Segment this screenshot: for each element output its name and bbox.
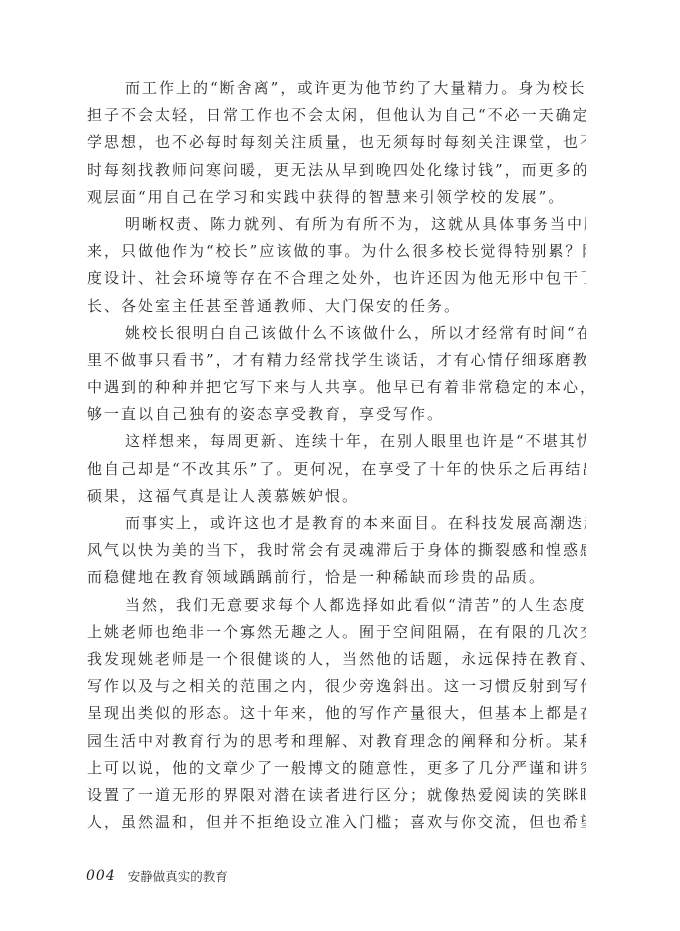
text-line: 呈现出类似的形态。这十年来，他的写作产量很大，但基本上都是在呈现校 — [87, 700, 586, 727]
text-line: 上可以说，他的文章少了一般博文的随意性，更多了几分严谨和讲究，似乎 — [87, 755, 586, 782]
text-line: 园生活中对教育行为的思考和理解、对教育理念的阐释和分析。某种程度 — [87, 728, 586, 755]
text-line: 设置了一道无形的界限对潜在读者进行区分；就像热爱阅读的笑眯眯的北欧 — [87, 782, 586, 809]
text-line: 这样想来，每周更新、连续十年，在别人眼里也许是“不堪其忧”，而 — [87, 428, 586, 455]
text-line: 学思想，也不必每时每刻关注质量，也无须每时每刻关注课堂，也不可能每 — [87, 129, 586, 156]
text-line: 他自己却是“不改其乐”了。更何况，在享受了十年的快乐之后再结出几颗 — [87, 456, 586, 483]
text-line: 风气以快为美的当下，我时常会有灵魂滞后于身体的撕裂感和惶惑感。冷静 — [87, 537, 586, 564]
text-line: 够一直以自己独有的姿态享受教育，享受写作。 — [87, 401, 586, 428]
text-line: 上姚老师也绝非一个寡然无趣之人。囿于空间阻隔，在有限的几次交往中， — [87, 619, 586, 646]
text-line: 时每刻找教师问寒问暖，更无法从早到晚四处化缘讨钱”，而更多的是在宏 — [87, 157, 586, 184]
paragraph-4: 这样想来，每周更新、连续十年，在别人眼里也许是“不堪其忧”，而 他自己却是“不改… — [87, 428, 586, 510]
book-page: 而工作上的“断舍离”，或许更为他节约了大量精力。身为校长，肩上 担子不会太轻，日… — [0, 0, 680, 931]
text-line: 而稳健地在教育领域踽踽前行，恰是一种稀缺而珍贵的品质。 — [87, 564, 586, 591]
text-line: 姚校长很明白自己该做什么不该做什么，所以才经常有时间“在办公室 — [87, 320, 586, 347]
text-line: 人，虽然温和，但并不拒绝设立准入门槛；喜欢与你交流，但也希望你带着 — [87, 809, 586, 836]
text-line: 硕果，这福气真是让人羡慕嫉妒恨。 — [87, 483, 586, 510]
page-footer: 004 安静做真实的教育 — [86, 866, 228, 886]
text-line: 而工作上的“断舍离”，或许更为他节约了大量精力。身为校长，肩上 — [87, 75, 586, 102]
text-line: 里不做事只看书”，才有精力经常找学生谈话，才有心情仔细琢磨教育生活 — [87, 347, 586, 374]
running-title: 安静做真实的教育 — [128, 867, 228, 885]
paragraph-3: 姚校长很明白自己该做什么不该做什么，所以才经常有时间“在办公室 里不做事只看书”… — [87, 320, 586, 429]
page-number: 004 — [86, 868, 116, 884]
paragraph-5: 而事实上，或许这也才是教育的本来面目。在科技发展高潮迭起、社会 风气以快为美的当… — [87, 510, 586, 592]
text-line: 来，只做他作为“校长”应该做的事。为什么很多校长觉得特别累？除了制 — [87, 238, 586, 265]
text-line: 中遇到的种种并把它写下来与人共享。他早已有着非常稳定的本心，所以能 — [87, 374, 586, 401]
text-line: 明晰权责、陈力就列、有所为有所不为，这就从具体事务当中脱离开 — [87, 211, 586, 238]
text-line: 担子不会太轻，日常工作也不会太闲，但他认为自己“不必一天确定一个办 — [87, 102, 586, 129]
paragraph-2: 明晰权责、陈力就列、有所为有所不为，这就从具体事务当中脱离开 来，只做他作为“校… — [87, 211, 586, 320]
text-line: 我发现姚老师是一个很健谈的人，当然他的话题，永远保持在教育、阅读、 — [87, 646, 586, 673]
text-line: 观层面“用自己在学习和实践中获得的智慧来引领学校的发展”。 — [87, 184, 586, 211]
text-line: 当然，我们无意要求每个人都选择如此看似“清苦”的人生态度，事实 — [87, 592, 586, 619]
body-text: 而工作上的“断舍离”，或许更为他节约了大量精力。身为校长，肩上 担子不会太轻，日… — [87, 75, 586, 836]
text-line: 而事实上，或许这也才是教育的本来面目。在科技发展高潮迭起、社会 — [87, 510, 586, 537]
paragraph-1: 而工作上的“断舍离”，或许更为他节约了大量精力。身为校长，肩上 担子不会太轻，日… — [87, 75, 586, 211]
text-line: 写作以及与之相关的范围之内，很少旁逸斜出。这一习惯反射到写作上，也 — [87, 673, 586, 700]
text-line: 长、各处室主任甚至普通教师、大门保安的任务。 — [87, 293, 586, 320]
text-line: 度设计、社会环境等存在不合理之处外，也许还因为他无形中包干了副校 — [87, 265, 586, 292]
paragraph-6: 当然，我们无意要求每个人都选择如此看似“清苦”的人生态度，事实 上姚老师也绝非一… — [87, 592, 586, 837]
